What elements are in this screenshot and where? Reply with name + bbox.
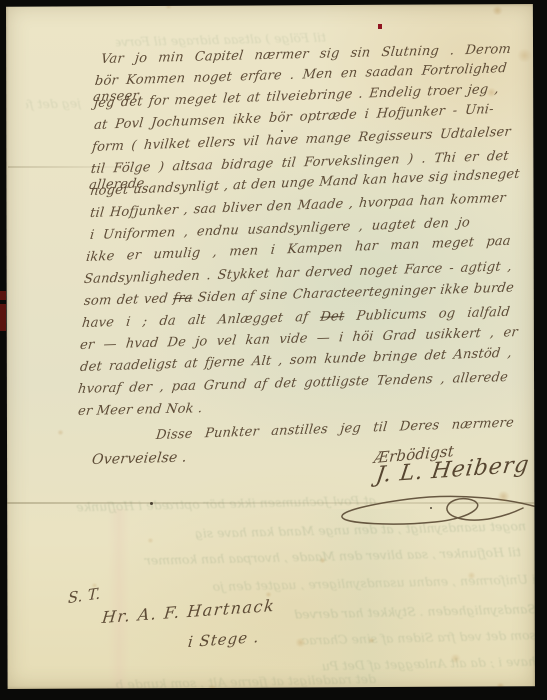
foxing-spot: [492, 6, 503, 15]
closing-line: Overveielse .: [91, 449, 188, 468]
foxing-spot: [450, 654, 461, 663]
foxing-spot: [165, 4, 172, 9]
foxing-spot: [319, 558, 326, 563]
foxing-spot: [91, 583, 98, 588]
fold-crease: [8, 166, 148, 168]
ink-speck: [281, 130, 283, 132]
red-edge-mark: [0, 291, 6, 300]
address-place: i Stege .: [187, 629, 260, 650]
handwriting-line: er Meer end Nok .: [77, 401, 203, 420]
fold-crease: [6, 502, 535, 504]
foxing-spot: [486, 88, 497, 97]
signature: J. L. Heiberg: [375, 457, 531, 484]
red-edge-mark: [0, 304, 6, 331]
closing-line: Disse Punkter anstilles jeg til Deres næ…: [155, 415, 514, 444]
foxing-spot: [235, 118, 242, 123]
handwriting-text: Publicums og ialfald: [343, 305, 510, 324]
ink-speck: [150, 502, 153, 505]
foxing-spot: [517, 49, 532, 62]
address-salutation: S. T.: [68, 585, 101, 606]
handwriting-line: hvoraf der , paa Grund af det gottligste…: [77, 370, 509, 398]
letter-page: til Fölge ) altsaa bidrage til Forveksje…: [6, 4, 535, 689]
paper-discoloration-streak: [108, 509, 130, 693]
foxing-spot: [57, 430, 64, 435]
signature-flourish: [336, 490, 547, 542]
bleedthrough-line: jeg det fo: [26, 95, 81, 111]
foxing-spot: [265, 592, 272, 597]
red-seal-dot: [378, 24, 382, 29]
foxing-spot: [147, 538, 154, 543]
foxing-spot: [496, 683, 505, 690]
foxing-spot: [208, 685, 217, 692]
foxing-spot: [368, 638, 375, 643]
struck-word: fra: [172, 291, 193, 307]
handwriting-text: Siden af sine Characteertegninger ikke b…: [192, 280, 515, 305]
handwriting-text: have i ; da alt Anlægget af: [81, 310, 321, 331]
foxing-spot: [467, 572, 476, 579]
handwriting-text: som det ved: [83, 291, 174, 309]
ink-speck: [430, 507, 432, 509]
struck-word: Det: [319, 309, 345, 325]
foxing-spot: [532, 121, 541, 128]
bleedthrough-line: det raadeligst at fjerne Alt , som kunde…: [116, 671, 376, 692]
foxing-spot: [295, 638, 306, 647]
scanned-letter-image: til Fölge ) altsaa bidrage til Forveksje…: [0, 0, 547, 700]
